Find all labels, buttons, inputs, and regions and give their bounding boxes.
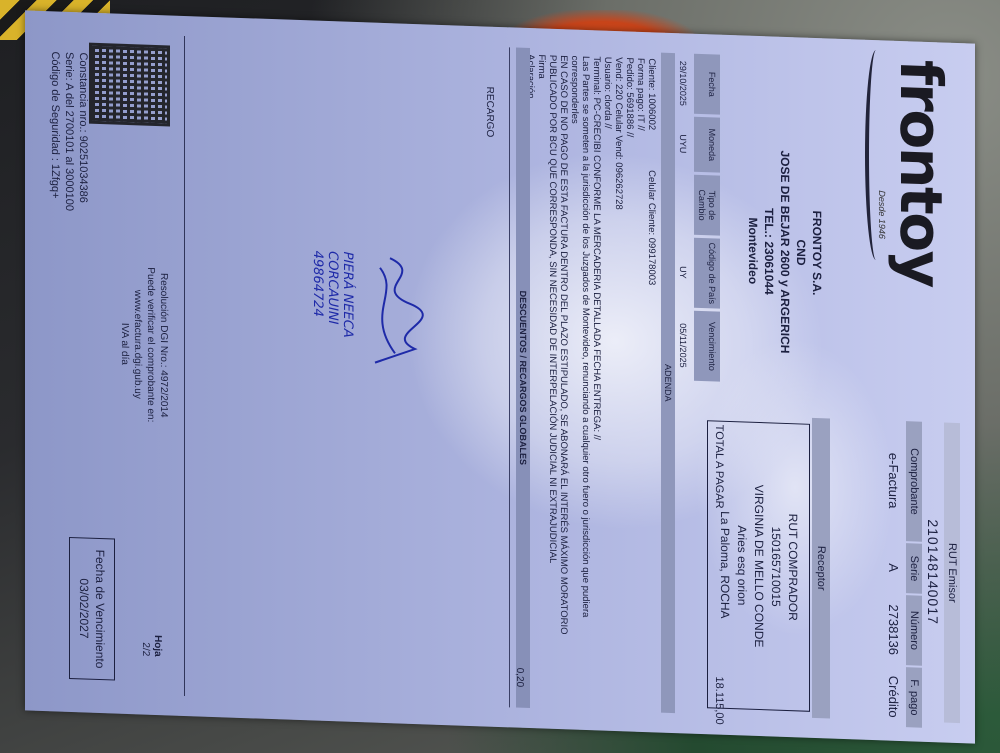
adenda-header: ADENDA <box>661 53 675 713</box>
handwritten-name-1: PIERÁ NEECA <box>340 251 355 472</box>
adenda-line: Las Partes se someten a la jurisdicción … <box>580 56 591 704</box>
meta-table: Fecha Moneda Tipo de Cambio Código de Pa… <box>678 53 720 381</box>
invoice-paper: frontoy Desde 1946 RUT Emisor 2101481400… <box>25 10 975 743</box>
resolucion-text: Resolución DGI Nro.: 4972/2014 <box>157 215 170 475</box>
brand-logo: frontoy <box>887 59 955 288</box>
handwritten-name-2: CORCAUINI <box>325 251 340 472</box>
issuer-branch: CND <box>793 112 809 393</box>
verify-text: Puede verificar el comprobante en: www.e… <box>131 214 157 475</box>
adenda-line: Pedido: 5691886 // <box>624 57 635 705</box>
moneda-header: Moneda <box>694 117 720 173</box>
adenda-section: ADENDA Cliente: 1006002 Celular Cliente:… <box>510 47 675 713</box>
footer-divider <box>184 36 185 696</box>
vencimiento-date: 03/02/2027 <box>76 538 92 679</box>
handwritten-id: 49864724 <box>310 250 325 471</box>
firma-label: Firma <box>536 54 547 702</box>
cliente-text: Cliente: 1006002 <box>646 58 657 130</box>
fpago-value: Crédito <box>883 666 904 727</box>
descuentos-header: DESCUENTOS / RECARGOS GLOBALES <box>516 48 530 708</box>
moneda-value: UYU <box>678 116 691 171</box>
fecha-header: Fecha <box>694 54 720 115</box>
comprobante-header: Comprobante <box>906 421 922 542</box>
security-code: Código de Seguridad : 1Zfgq+ <box>48 51 62 211</box>
adenda-line: EN CASO DE NO PAGO DE ESTA FACTURA DENTR… <box>558 55 569 703</box>
constancia-block: Constancia nro.: 90251034386 Serie: A de… <box>48 51 90 211</box>
serie-range: Serie: A del 2700101 al 3000100 <box>62 52 76 212</box>
iva-text: IVA al día <box>118 214 131 474</box>
descuentos-divider <box>509 47 514 707</box>
adenda-line: Terminal: PC-CRECIBI CONFORME LA MERCADE… <box>591 56 602 704</box>
recargo-value: 0,20 <box>514 667 525 687</box>
total-label: TOTAL A PAGAR <box>713 424 725 508</box>
receptor-line: VIRGINIA DE MELLO CONDE <box>750 427 767 706</box>
serie-value: A <box>883 542 904 593</box>
comprobante-table: Comprobante Serie Número F. pago e-Factu… <box>883 420 922 721</box>
vencimiento-box: Fecha de Vencimiento 03/02/2027 <box>69 537 115 681</box>
page-indicator: Hoja 2/2 <box>139 634 163 657</box>
vencimiento-label: Fecha de Vencimiento <box>92 539 108 680</box>
hoja-value: 2/2 <box>139 634 151 656</box>
tipo-cambio-value <box>678 174 691 234</box>
tipo-cambio-header: Tipo de Cambio <box>694 175 720 236</box>
comprobante-value: e-Factura <box>883 420 904 541</box>
issuer-block: FRONTOY S.A. CND JOSE DE BEJAR 2600 y AR… <box>745 111 825 394</box>
vencimiento-value: 05/11/2025 <box>678 310 691 380</box>
recargo-label: RECARGO <box>484 86 495 137</box>
fpago-header: F. pago <box>906 667 922 728</box>
descuentos-section: DESCUENTOS / RECARGOS GLOBALES <box>509 47 530 708</box>
total-value: 18.115,00 <box>713 676 725 725</box>
adenda-line: Forma pago: IT // <box>635 58 646 706</box>
signature-scribble-icon <box>360 252 430 374</box>
constancia-number: Constancia nro.: 90251034386 <box>76 52 90 212</box>
rut-emisor-block: RUT Emisor 210148140017 Comprobante Seri… <box>883 420 960 723</box>
issuer-name: FRONTOY S.A. <box>809 113 825 394</box>
issuer-city: Montevideo <box>745 111 761 392</box>
adenda-body: Cliente: 1006002 Celular Cliente: 099178… <box>510 47 661 712</box>
adenda-line: Usuario: clorda // <box>602 57 613 705</box>
receptor-line: RUT COMPRADOR <box>784 428 801 707</box>
celular-cliente-text: Celular Cliente: 099178003 <box>646 170 657 286</box>
adenda-line: Vend: 220 Celular Vend: 096262728 <box>613 57 624 705</box>
handwritten-signature: PIERÁ NEECA CORCAUINI 49864724 <box>310 250 430 474</box>
brand-tagline: Desde 1946 <box>877 190 887 239</box>
adenda-line: corresponderles <box>569 55 580 703</box>
codigo-pais-value: UY <box>678 237 691 307</box>
receptor-line: 150165710015 <box>767 427 784 706</box>
numero-header: Número <box>906 595 922 666</box>
rut-emisor-label: RUT Emisor <box>944 423 960 724</box>
codigo-pais-header: Código de País <box>694 238 720 309</box>
numero-value: 2738136 <box>883 594 904 665</box>
qr-code-icon <box>89 43 170 127</box>
issuer-address: JOSE DE BEJAR 2600 y ARGERICH <box>777 112 793 393</box>
total-row: TOTAL A PAGAR 18.115,00 <box>713 414 725 734</box>
adenda-line: PUBLICADO POR BCU QUE CORRESPONDA, SIN N… <box>547 55 558 703</box>
rut-emisor-value: 210148140017 <box>922 422 944 723</box>
serie-header: Serie <box>906 543 922 594</box>
fecha-value: 29/10/2025 <box>678 53 691 113</box>
hoja-label: Hoja <box>152 635 163 657</box>
receptor-header: Receptor <box>812 418 830 719</box>
receptor-line: Aries esq orion <box>733 426 750 705</box>
issuer-phone: TEL.: 23061044 <box>761 111 777 392</box>
vencimiento-header: Vencimiento <box>694 311 720 382</box>
resolucion-block: Resolución DGI Nro.: 4972/2014 Puede ver… <box>118 214 170 476</box>
